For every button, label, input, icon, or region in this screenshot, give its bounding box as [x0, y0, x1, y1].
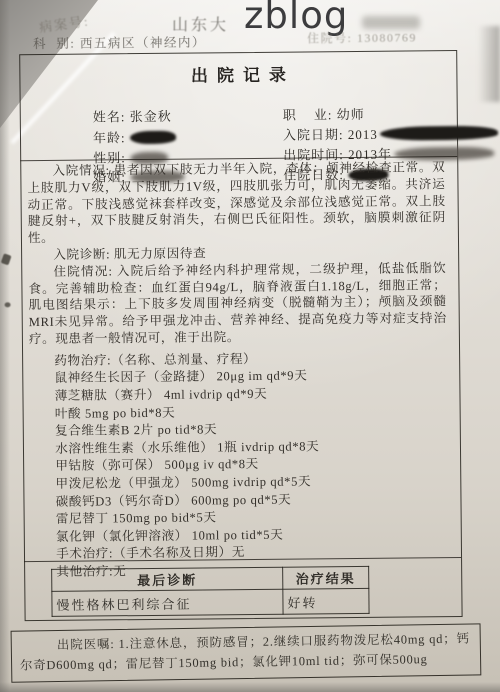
- admission-diagnosis-text: 肌无力原因待查: [114, 246, 206, 261]
- hospital-course-paragraph: 住院情况: 入院后给予神经内科护理常规，二级护理，低盐低脂饮食。完善辅助检查：血…: [28, 260, 447, 348]
- admission-diagnosis-label: 入院诊断:: [53, 247, 114, 262]
- department-field: 科 别: 西五病区（神经内）: [33, 32, 206, 52]
- treatment-result-value: 好转: [283, 588, 369, 614]
- admission-number-field: 住院号: 13080769: [307, 28, 417, 46]
- case-number-label: 病案号:: [38, 11, 91, 36]
- drug-treatment-block: 药物治疗:（名称、总剂量、疗程） 鼠神经生长因子（金路捷） 20μg im qd…: [29, 349, 449, 582]
- table-header-row: 最后诊断 治疗结果: [52, 566, 369, 591]
- document-tilt-wrapper: 病案号: 科 别: 西五病区（神经内） 住院号: 13080769 出院记录 姓…: [0, 0, 500, 692]
- admission-status-paragraph: 入院情况: 患者因双下肢无力半年入院，查体：颅神经检查正常。双上肢肌力V级，双下…: [27, 159, 446, 247]
- treatment-result-header: 治疗结果: [283, 566, 369, 589]
- photo-background: 山东大 zblog 病案号: 科 别: 西五病区（神经内） 住院号: 13080…: [0, 0, 500, 692]
- discharge-record-box: 出院记录 姓名: 张金秋 职 业: 幼师 年龄: 入院日期: 2013 性别: …: [19, 50, 462, 621]
- hospital-course-label: 住院情况:: [53, 264, 117, 279]
- table-row: 慢性格林巴利综合征 好转: [52, 588, 369, 616]
- record-body: 入院情况: 患者因双下肢无力半年入院，查体：颅神经检查正常。双上肢肌力V级，双下…: [27, 159, 449, 581]
- admission-status-label: 入院情况:: [52, 163, 113, 178]
- final-diagnosis-table: 最后诊断 治疗结果 慢性格林巴利综合征 好转: [51, 566, 369, 617]
- final-diagnosis-value: 慢性格林巴利综合征: [52, 589, 283, 616]
- handwritten-margin-mark: [1, 253, 12, 265]
- discharge-advice-text: 出院医嘱: 1.注意休息，预防感冒；2.继续口服药物泼尼松40mg qd；钙尔奇…: [20, 629, 471, 676]
- handwritten-margin-dot: [5, 302, 11, 307]
- page-title: 出院记录: [20, 59, 456, 88]
- final-diagnosis-header: 最后诊断: [52, 567, 283, 591]
- discharge-advice-box: 出院医嘱: 1.注意休息，预防感冒；2.继续口服药物泼尼松40mg qd；钙尔奇…: [11, 623, 482, 682]
